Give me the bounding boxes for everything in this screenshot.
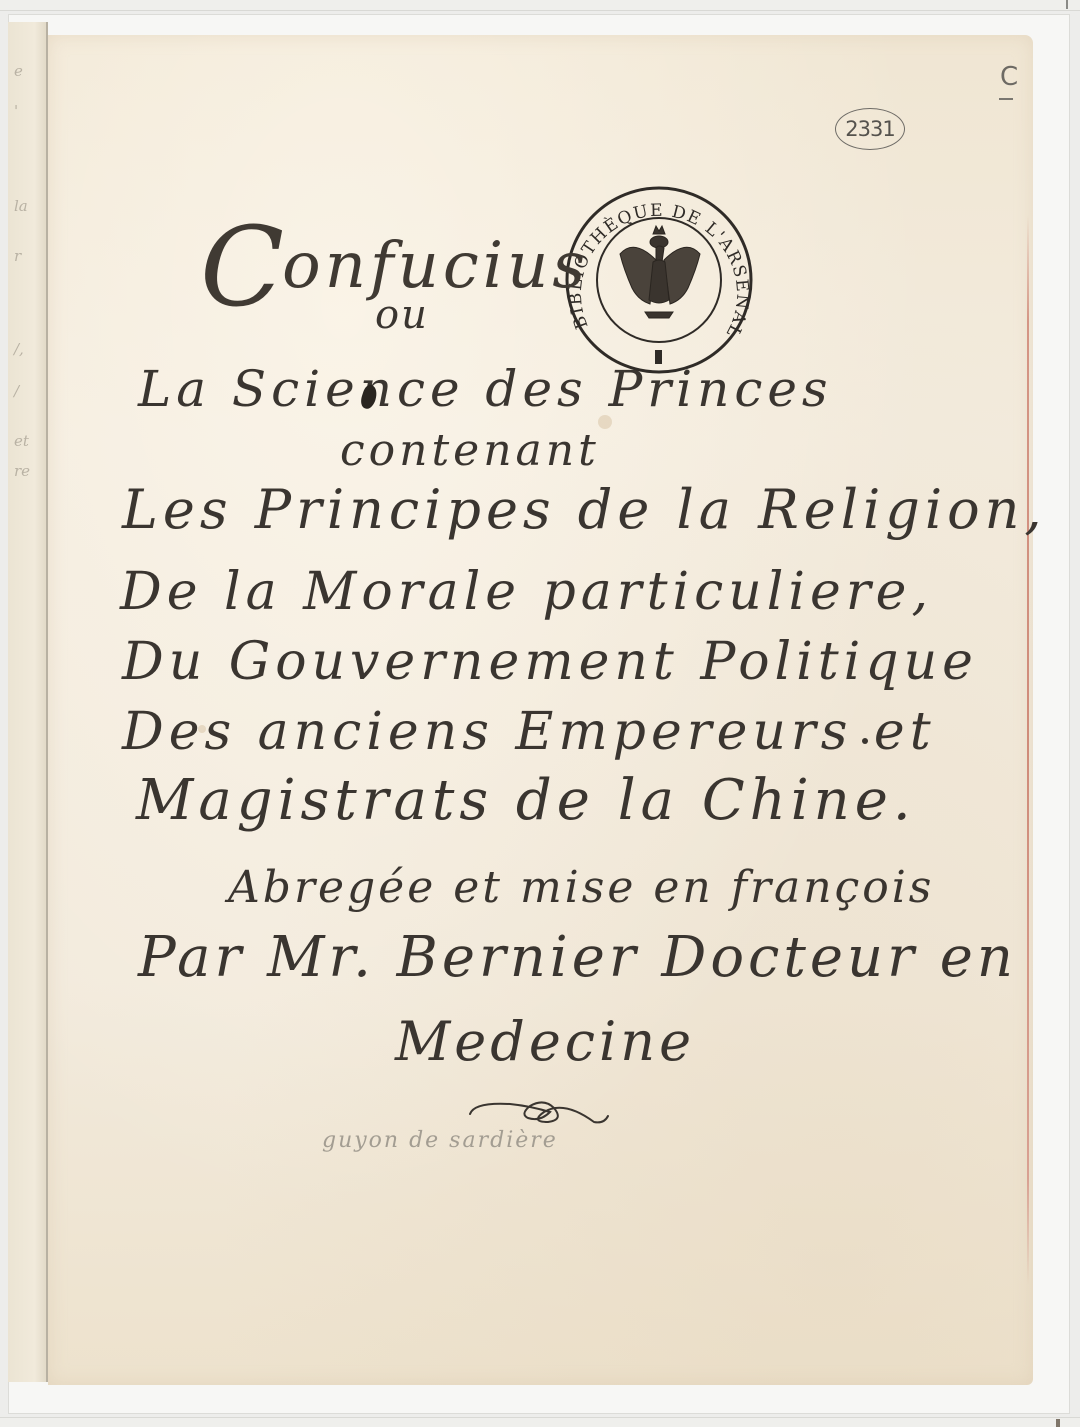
title-science-des-princes: La Science des Princes [138, 360, 833, 418]
viewer-top-strip [0, 0, 1080, 11]
scroll-tick [1066, 0, 1068, 9]
corner-folio-mark: C [1000, 62, 1018, 92]
attribution-medecine: Medecine [395, 1010, 695, 1073]
red-page-edge [1027, 215, 1029, 1285]
viewer-bottom-strip [0, 1417, 1080, 1427]
leaf-mark: / [14, 382, 19, 400]
title-initial: C [200, 203, 288, 331]
attribution-author: Par Mr. Bernier Docteur en [138, 925, 1017, 990]
flourish-ornament-icon [465, 1092, 615, 1126]
corner-dash [999, 98, 1013, 100]
library-stamp-icon: BIBLIOTHÈQUE DE L'ARSENAL [561, 182, 757, 378]
leaf-mark: ' [14, 102, 18, 120]
title-anciens-empereurs: Des anciens Empereurs et [122, 702, 936, 762]
ink-dot [862, 738, 868, 744]
leaf-mark: la [14, 197, 28, 215]
title-morale-particuliere: De la Morale particuliere, [120, 562, 933, 622]
leaf-mark: e [14, 62, 23, 80]
leaf-mark: /, [14, 340, 24, 358]
leaf-mark: et [14, 432, 29, 450]
title-magistrats-chine: Magistrats de la Chine. [136, 768, 916, 833]
previous-leaf-edge: e ' la r /, / et re [8, 22, 48, 1382]
attribution-abregee: Abregée et mise en françois [228, 862, 934, 913]
shelf-number-badge: 2331 [835, 108, 905, 150]
scroll-tick [1056, 1419, 1060, 1427]
title-rest: onfucius [282, 229, 589, 303]
leaf-mark: r [14, 247, 21, 265]
title-gouvernement-politique: Du Gouvernement Politique [122, 632, 978, 692]
owner-pencil-note: guyon de sardière [322, 1128, 558, 1153]
title-principes-religion: Les Principes de la Religion, [122, 478, 1047, 541]
title-ou: ou [375, 292, 429, 338]
title-contenant: contenant [340, 425, 600, 476]
leaf-mark: re [14, 462, 30, 480]
